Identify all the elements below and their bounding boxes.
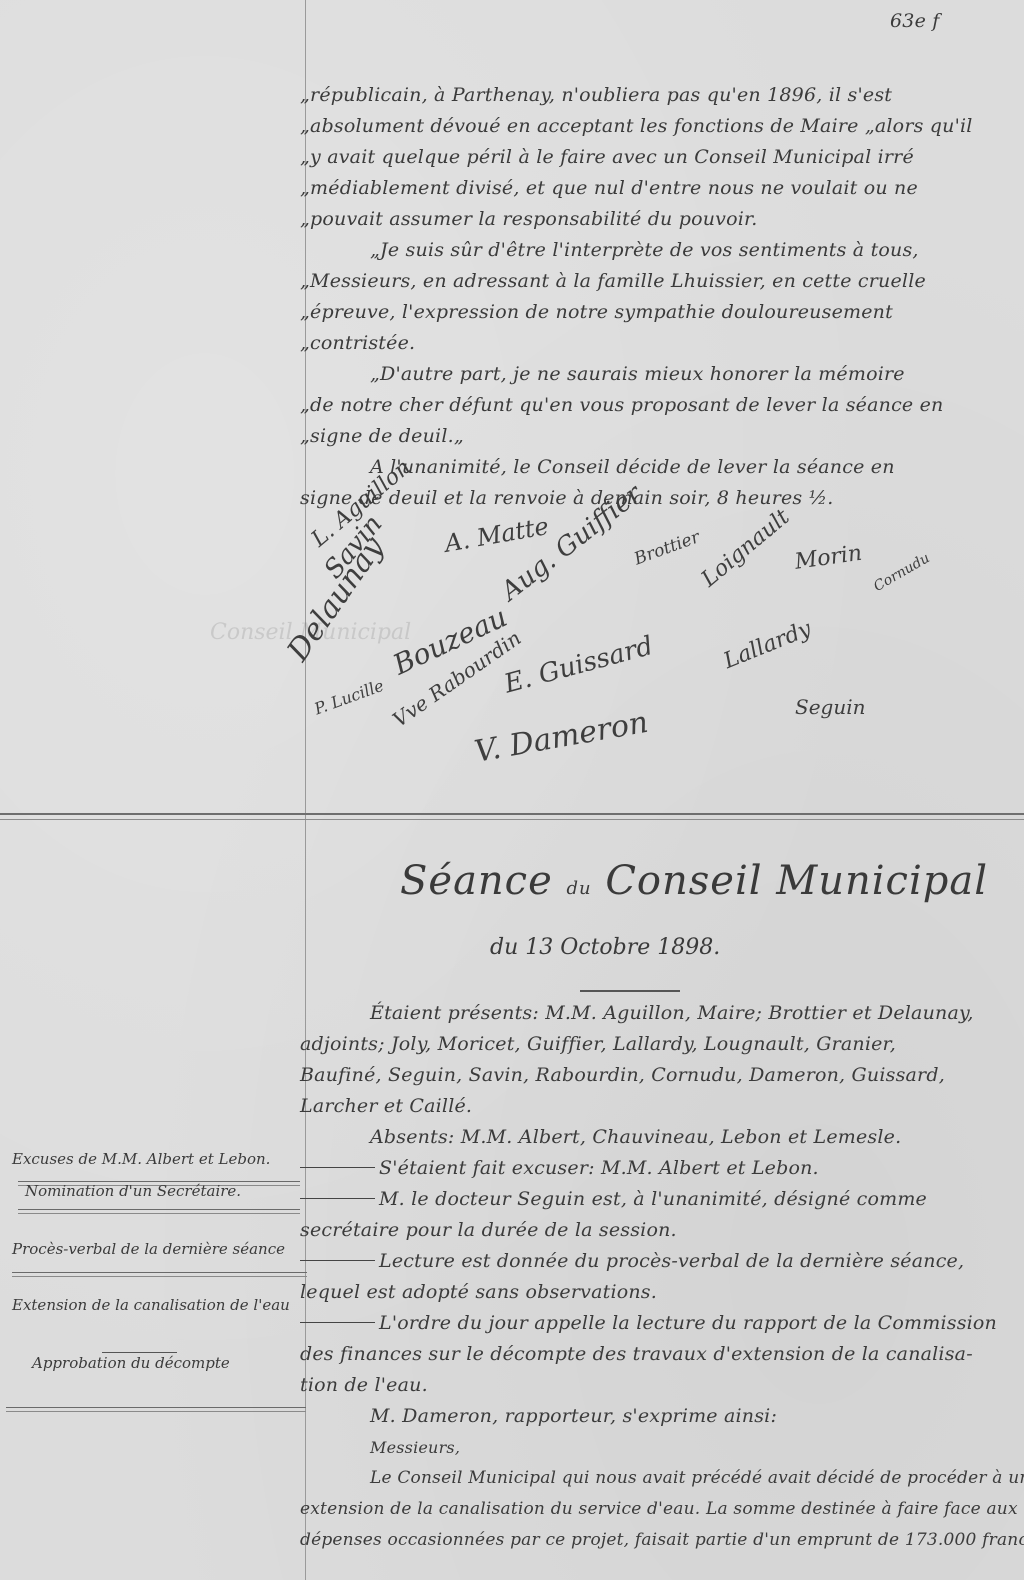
text-line: Messieurs, [300, 1432, 1015, 1463]
text-line: dépenses occasionnées par ce projet, fai… [300, 1525, 1015, 1556]
margin-note-rule [6, 1407, 306, 1412]
text-line: extension de la canalisation du service … [300, 1494, 1015, 1525]
text-line: Larcher et Caillé. [300, 1091, 1015, 1122]
text-line: L'ordre du jour appelle la lecture du ra… [379, 1312, 997, 1334]
signature: A. Matte [443, 512, 551, 558]
signatures-block: L. Aguillon Savin Delaunay A. Matte Aug.… [305, 500, 925, 790]
signature: Loignault [697, 505, 795, 592]
title-du: du [566, 878, 591, 899]
text-line: „médiablement divisé, et que nul d'entre… [300, 173, 1015, 204]
text-line: „républicain, à Parthenay, n'oubliera pa… [300, 80, 1015, 111]
margin-note-excuses: Excuses de M.M. Albert et Lebon. [12, 1150, 302, 1168]
text-line: S'étaient fait excuser: M.M. Albert et L… [379, 1157, 819, 1179]
section-divider [0, 813, 1024, 820]
signature: E. Guissard [501, 631, 656, 699]
text-line: „épreuve, l'expression de notre sympathi… [300, 297, 1015, 328]
text-line: „Je suis sûr d'être l'interprète de vos … [300, 235, 1015, 266]
session-title: Séance du Conseil Municipal [400, 858, 988, 904]
text-line: des finances sur le décompte des travaux… [300, 1339, 1015, 1370]
text-line: Le Conseil Municipal qui nous avait préc… [300, 1463, 1015, 1494]
date-underline [580, 990, 680, 992]
text-line: Absents: M.M. Albert, Chauvineau, Lebon … [300, 1122, 1015, 1153]
margin-note-extension: Extension de la canalisation de l'eau [12, 1296, 302, 1314]
text-line: „signe de deuil.„ [300, 421, 1015, 452]
session-body: Étaient présents: M.M. Aguillon, Maire; … [300, 998, 1015, 1556]
signature: Morin [793, 541, 863, 575]
text-line: secrétaire pour la durée de la session. [300, 1215, 1015, 1246]
text-line: adjoints; Joly, Moricet, Guiffier, Lalla… [300, 1029, 1015, 1060]
signature: Lallardy [720, 616, 815, 674]
text-line: Étaient présents: M.M. Aguillon, Maire; … [300, 998, 1015, 1029]
text-line: „contristée. [300, 328, 1015, 359]
text-line: „absolument dévoué en acceptant les fonc… [300, 111, 1015, 142]
document-page: 63e f Conseil Municipal „républicain, à … [0, 0, 1024, 1580]
text-line: M. le docteur Seguin est, à l'unanimité,… [379, 1188, 927, 1210]
session-date: du 13 Octobre 1898. [490, 935, 720, 960]
signature: Cornudu [871, 550, 933, 595]
signature: V. Dameron [472, 705, 651, 770]
title-conseil: Conseil Municipal [605, 858, 988, 904]
signature: Seguin [795, 695, 866, 719]
text-line: „y avait quelque péril à le faire avec u… [300, 142, 1015, 173]
margin-note-minutes: Procès-verbal de la dernière séance [12, 1240, 302, 1258]
paragraph-dash [300, 1322, 375, 1323]
margin-note-short-rule [102, 1352, 177, 1353]
text-line: „Messieurs, en adressant à la famille Lh… [300, 266, 1015, 297]
signature: P. Lucille [312, 676, 387, 719]
paragraph-dash [300, 1167, 375, 1168]
text-line: tion de l'eau. [300, 1370, 1015, 1401]
text-line: „pouvait assumer la responsabilité du po… [300, 204, 1015, 235]
signature: Brottier [632, 527, 703, 569]
folio-number: 63e f [890, 10, 940, 32]
margin-note-rule [18, 1209, 300, 1214]
text-line: Lecture est donnée du procès-verbal de l… [379, 1250, 964, 1272]
margin-note-nomination: Nomination d'un Secrétaire. [25, 1182, 315, 1200]
speech-continuation: „républicain, à Parthenay, n'oubliera pa… [300, 80, 1015, 514]
margin-note-approval: Approbation du décompte [32, 1354, 322, 1372]
text-line: lequel est adopté sans observations. [300, 1277, 1015, 1308]
title-seance: Séance [400, 858, 553, 904]
margin-note-rule [12, 1272, 307, 1277]
text-line: M. Dameron, rapporteur, s'exprime ainsi: [300, 1401, 1015, 1432]
paragraph-dash [300, 1260, 375, 1261]
text-line: „de notre cher défunt qu'en vous proposa… [300, 390, 1015, 421]
text-line: „D'autre part, je ne saurais mieux honor… [300, 359, 1015, 390]
text-line: Baufiné, Seguin, Savin, Rabourdin, Cornu… [300, 1060, 1015, 1091]
